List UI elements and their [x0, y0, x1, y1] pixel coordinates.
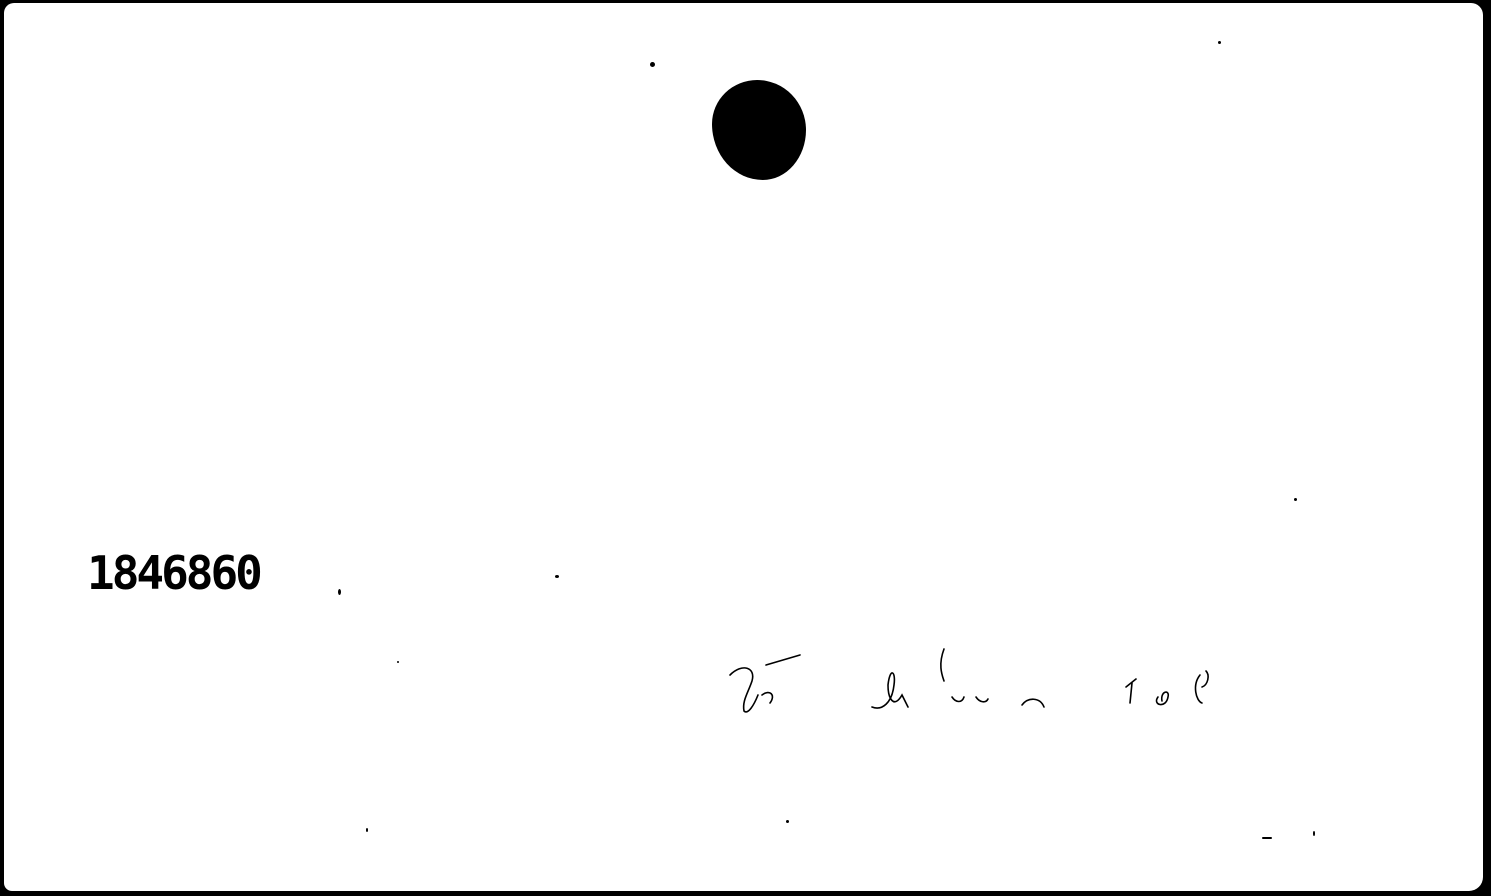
handwritten-note: illegible handwritten annotation: [722, 645, 1222, 725]
scan-speck: [1218, 41, 1221, 44]
scan-speck: [1294, 498, 1297, 501]
scan-speck: [1262, 837, 1272, 839]
scan-speck: [1313, 831, 1315, 836]
scan-speck: [650, 62, 655, 67]
index-card: 1846860 illegible handwritten annotation: [4, 3, 1483, 891]
scan-speck: [366, 828, 368, 832]
scan-speck: [397, 661, 399, 663]
punch-hole: [712, 80, 806, 180]
catalog-number: 1846860: [87, 546, 260, 600]
scan-speck: [338, 589, 341, 595]
scan-speck: [555, 575, 559, 578]
scan-speck: [786, 820, 789, 823]
